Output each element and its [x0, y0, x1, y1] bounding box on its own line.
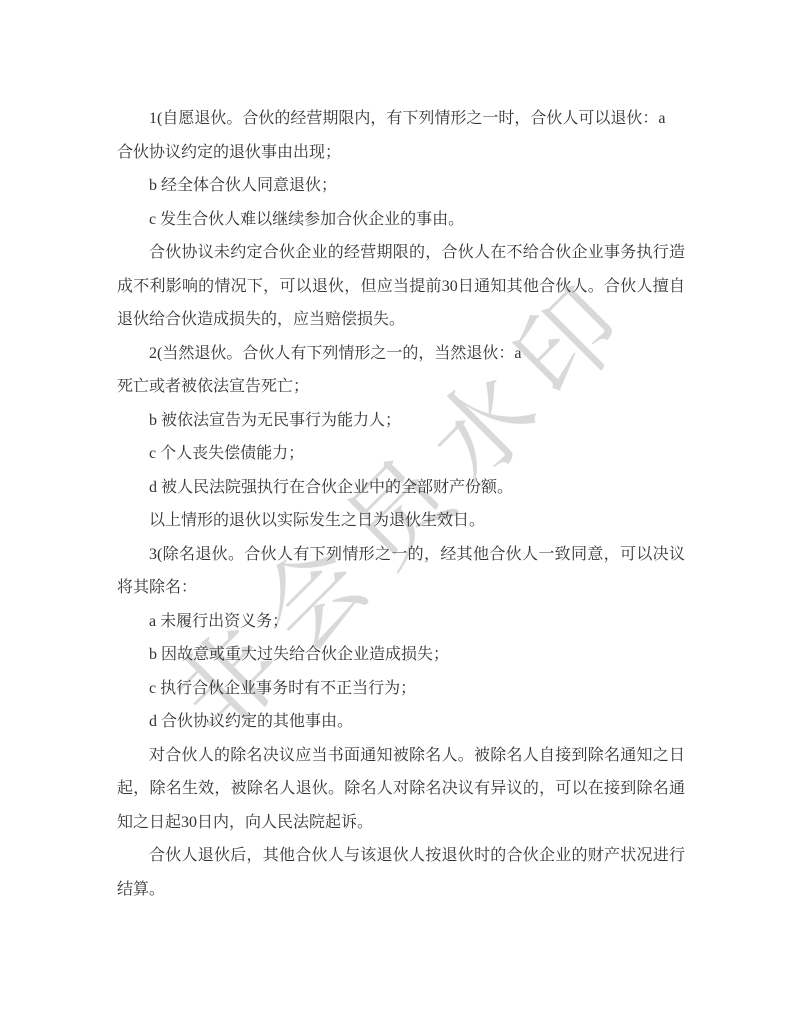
document-paragraph: 2(当然退伙。合伙人有下列情形之一的，当然退伙：a 死亡或者被依法宣告死亡； [117, 337, 685, 404]
document-paragraph: c 执行合伙企业事务时有不正当行为； [117, 672, 685, 706]
document-paragraph: c 个人丧失偿债能力； [117, 437, 685, 471]
document-paragraph: 3(除名退伙。合伙人有下列情形之一的，经其他合伙人一致同意，可以决议将其除名： [117, 538, 685, 605]
document-paragraph: d 被人民法院强执行在合伙企业中的全部财产份额。 [117, 471, 685, 505]
document-paragraph: 以上情形的退伙以实际发生之日为退伙生效日。 [117, 504, 685, 538]
document-paragraph: a 未履行出资义务； [117, 605, 685, 639]
document-paragraph: b 经全体合伙人同意退伙； [117, 169, 685, 203]
document-paragraph: c 发生合伙人难以继续参加合伙企业的事由。 [117, 203, 685, 237]
document-paragraph: 1(自愿退伙。合伙的经营期限内，有下列情形之一时，合伙人可以退伙：a 合伙协议约… [117, 102, 685, 169]
document-page: 非会员水印 1(自愿退伙。合伙的经营期限内，有下列情形之一时，合伙人可以退伙：a… [0, 0, 800, 1035]
document-paragraph: 合伙人退伙后，其他合伙人与该退伙人按退伙时的合伙企业的财产状况进行结算。 [117, 839, 685, 906]
document-paragraph: b 被依法宣告为无民事行为能力人； [117, 404, 685, 438]
document-paragraph: 合伙协议未约定合伙企业的经营期限的，合伙人在不给合伙企业事务执行造成不利影响的情… [117, 236, 685, 337]
document-paragraph: 对合伙人的除名决议应当书面通知被除名人。被除名人自接到除名通知之日起，除名生效，… [117, 739, 685, 840]
document-paragraph: d 合伙协议约定的其他事由。 [117, 705, 685, 739]
document-paragraph: b 因故意或重大过失给合伙企业造成损失； [117, 638, 685, 672]
document-body: 1(自愿退伙。合伙的经营期限内，有下列情形之一时，合伙人可以退伙：a 合伙协议约… [117, 102, 685, 906]
